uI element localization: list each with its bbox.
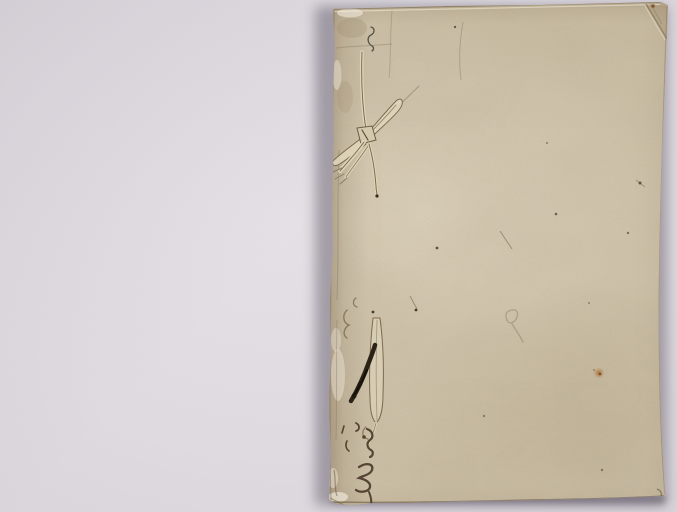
photograph [0, 0, 677, 512]
